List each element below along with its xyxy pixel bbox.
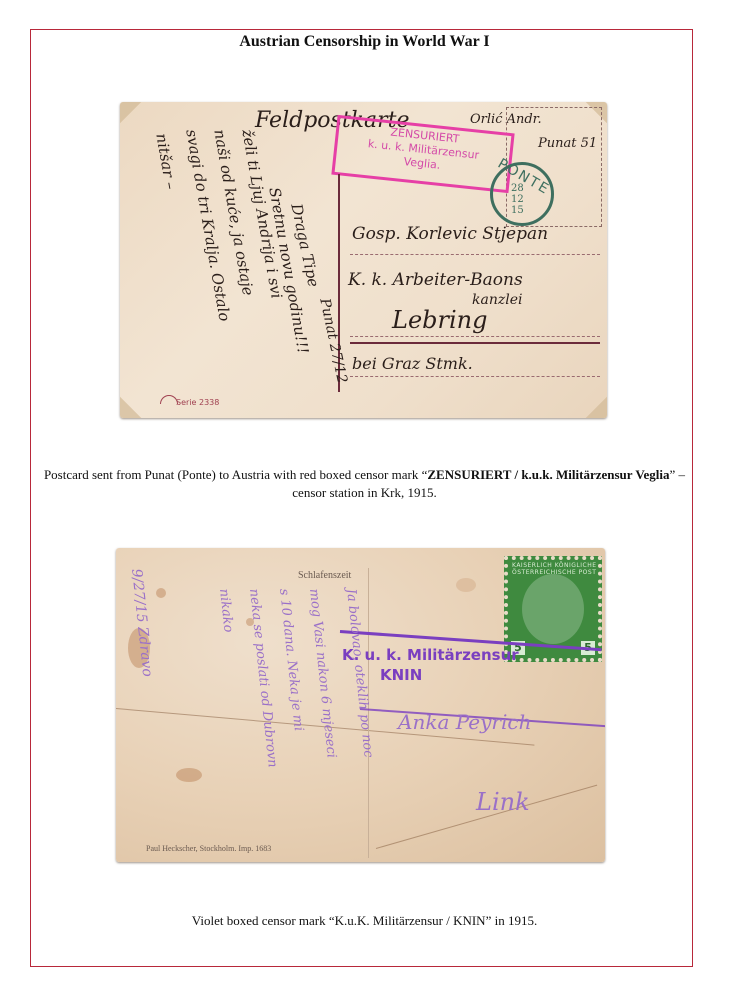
- message-line: nitšar –: [152, 132, 180, 191]
- stain: [456, 578, 476, 592]
- address-line: bei Graz Stmk.: [352, 354, 473, 373]
- card-corner: [120, 397, 141, 418]
- stain: [156, 588, 166, 598]
- address-underline: [350, 342, 600, 344]
- page-title: Austrian Censorship in World War I: [0, 33, 729, 51]
- message-line: s 10 dana. Neka je mi: [276, 588, 306, 732]
- address-line: Gosp. Korlevic Stjepan: [352, 224, 548, 244]
- postcard-punat: Feldpostkarte Orlić Andr. Punat 51 ZENSU…: [120, 102, 607, 418]
- stamp-inscription: KAISERLICH KÖNIGLICHE ÖSTERREICHISCHE PO…: [512, 562, 598, 576]
- censor-line: K. u. k. Militärzensur: [342, 646, 519, 664]
- caption-card2: Violet boxed censor mark “K.u.K. Militär…: [40, 912, 689, 930]
- ponte-postmark: PONTE 28 12 15: [490, 162, 554, 226]
- card-corner: [586, 397, 607, 418]
- picture-title: Schlafenszeit: [298, 570, 351, 581]
- address-rule: [350, 336, 600, 337]
- publisher-imprint: Paul Heckscher, Stockholm. Imp. 1683: [146, 844, 271, 853]
- caption-card1: Postcard sent from Punat (Ponte) to Aust…: [40, 466, 689, 502]
- message-line: mog Vasi nakon 6 mjeseci: [306, 588, 339, 759]
- card-corner: [120, 102, 141, 123]
- stain: [176, 768, 202, 782]
- caption-bold: ZENSURIERT / k.u.k. Militärzensur Veglia: [427, 467, 669, 482]
- message-line: nikako: [216, 588, 236, 633]
- series-number: Serie 2338: [176, 398, 219, 407]
- censor-line: KNIN: [380, 666, 422, 684]
- address-town: Link: [476, 788, 530, 816]
- militarzensur-censor-mark: K. u. k. Militärzensur KNIN: [340, 630, 605, 708]
- address-rule: [350, 376, 600, 377]
- message-line: neka se poslati od Dubrovn: [246, 588, 280, 768]
- dateline: Punat 27/12: [316, 297, 350, 385]
- address-name: Anka Peyrich: [398, 710, 531, 734]
- address-rule: [350, 254, 600, 255]
- postmark-date: 28 12 15: [511, 183, 524, 216]
- address-city: Lebring: [392, 306, 487, 334]
- address-line: K. k. Arbeiter-Baons: [348, 270, 523, 290]
- postcard-knin: Schlafenszeit KAISERLICH KÖNIGLICHE ÖSTE…: [116, 548, 605, 862]
